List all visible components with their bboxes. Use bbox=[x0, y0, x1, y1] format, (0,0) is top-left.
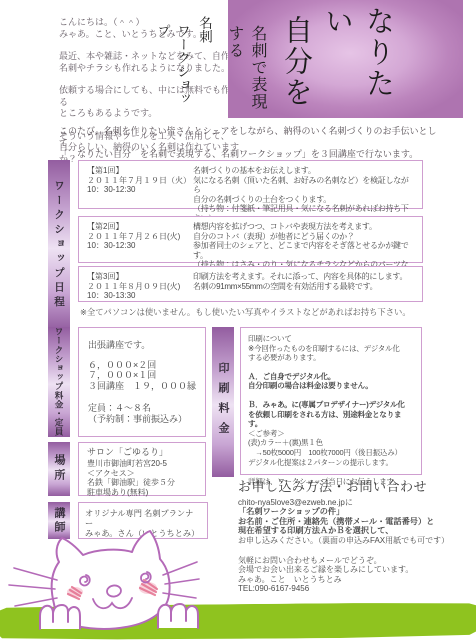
session-3-box: 【第3回】 ２０１１年８月０９日(火) 10：30-13:30 印刷方法を考えま… bbox=[78, 266, 423, 302]
session-2-description: 構想内容を拡げつつ、コトバや表現方法を考えます。 自分のコトバ（表現）が他者にど… bbox=[193, 222, 414, 257]
apply-instructions-extra: お申し込みください。（裏面の申込みFAX用紙でも可です） bbox=[238, 536, 474, 546]
session-1-datetime: 【第1回】 ２０１１年７月１９日（火） 10：30-12:30 bbox=[87, 166, 193, 203]
print-option-a: Ａ．ご自身でデジタル化。 自分印刷の場合は料金は要りません。 bbox=[248, 372, 414, 391]
fee-intro: 出張講座です。 bbox=[88, 340, 196, 351]
section-label-print: 印刷料金 bbox=[212, 327, 234, 477]
page-title-tag: 名刺 bbox=[194, 0, 214, 118]
apply-section: お申し込み方法・お問い合わせ chito-nya5love3@ezweb.ne.… bbox=[238, 482, 474, 594]
session-no: 【第1回】 bbox=[87, 166, 193, 176]
session-2-box: 【第2回】 ２０１１年７月２６日(火) 10：30-12:30 構想内容を拡げつ… bbox=[78, 216, 423, 263]
session-3-description: 印刷方法を考えます。それに添って、内容を具体的にします。 名刺の91mm×55m… bbox=[193, 272, 414, 296]
section-label-place: 場所 bbox=[48, 442, 70, 496]
session-time: 10：30-12:30 bbox=[87, 185, 193, 195]
cat-illustration bbox=[0, 518, 200, 640]
session-date: ２０１１年８月０９日(火) bbox=[87, 282, 193, 292]
fee-prices: ６，０００×２回 ７，０００×１回 ３回講座 １９，０００縁 bbox=[88, 360, 196, 392]
intro-paragraph: このたび、名刺を作りたい皆さんとシェアをしながら、納得のいく名刺づくりのお手伝い… bbox=[59, 126, 444, 161]
apply-footer: 気軽にお問い合わせもメールでどうぞ。 会場でお会い出来るご縁を楽しみにしています… bbox=[238, 556, 474, 585]
fee-capacity: 定員：４～８名 （予約制：事前振込み） bbox=[88, 403, 196, 424]
session-date: ２０１１年７月２６日(火) bbox=[87, 232, 193, 242]
venue-access: ＜アクセス＞ 名鉄「御油駅」徒歩５分 駐車場あり(無料) bbox=[87, 469, 197, 497]
apply-instructions: 「名刺ワークショップの件」 お名前・ご住所・連絡先（携帯メール・電話番号）と 現… bbox=[238, 507, 474, 536]
session-2-datetime: 【第2回】 ２０１１年７月２６日(火) 10：30-12:30 bbox=[87, 222, 193, 257]
flyer-page: こんにちは。（＾＾） みゃあ。こと、いとうちとみです。 最近、本や雑誌・ネットな… bbox=[0, 0, 476, 640]
schedule-note: ※全てパソコンは使いません。もし使いたい写真やイラストなどがあればお持ち下さい。 bbox=[80, 306, 411, 318]
fee-box: 出張講座です。 ６，０００×２回 ７，０００×１回 ３回講座 １９，０００縁 定… bbox=[78, 327, 206, 437]
session-time: 10：30-12:30 bbox=[87, 241, 193, 251]
session-3-datetime: 【第3回】 ２０１１年８月０９日(火) 10：30-13:30 bbox=[87, 272, 193, 296]
venue-address: 豊川市御油町若宮20-5 bbox=[87, 459, 197, 468]
print-head: 印刷について ※今回作ったものを印刷するには、デジタル化 する必要があります。 bbox=[248, 334, 414, 363]
session-time: 10：30-13:30 bbox=[87, 291, 193, 301]
title-banner: なりたい 自分を 名刺で表現する 名刺 ワークショップ bbox=[228, 0, 463, 118]
apply-tel: TEL:090-6167-9456 bbox=[238, 584, 474, 594]
session-1-box: 【第1回】 ２０１１年７月１９日（火） 10：30-12:30 名刺づくりの基本… bbox=[78, 160, 423, 209]
page-subtitle: 名刺で表現する bbox=[223, 0, 269, 118]
print-box: 印刷について ※今回作ったものを印刷するには、デジタル化 する必要があります。 … bbox=[240, 327, 422, 475]
apply-email: chito-nya5love3@ezweb.ne.jpに bbox=[238, 498, 474, 508]
venue-name: サロン「ごゆるり」 bbox=[87, 448, 197, 457]
apply-heading: お申し込み方法・お問い合わせ bbox=[238, 482, 474, 492]
page-title-line: 自分を bbox=[276, 0, 317, 118]
print-reference: ＜ご参考＞ (表)カラー＋(裏)黒１色 →50枚5000円 100枚7000円（… bbox=[248, 429, 414, 467]
section-label-fee: ワークショップ料金・定員 bbox=[48, 327, 70, 437]
session-no: 【第2回】 bbox=[87, 222, 193, 232]
place-box: サロン「ごゆるり」 豊川市御油町若宮20-5 ＜アクセス＞ 名鉄「御油駅」徒歩５… bbox=[78, 442, 206, 496]
session-1-description: 名刺づくりの基本をお伝えします。 気になる名刺（頂いた名刺、お好みの名刺など）を… bbox=[193, 166, 414, 203]
page-title-tag: ワークショップ bbox=[152, 0, 192, 118]
page-title-line: なりたい bbox=[317, 0, 399, 118]
session-no: 【第3回】 bbox=[87, 272, 193, 282]
print-option-b: Ｂ．みゃあ。に(専属プロデザイナー)デジタル化 を依頼し印刷をされる方は、別途料… bbox=[248, 400, 414, 429]
session-date: ２０１１年７月１９日（火） bbox=[87, 176, 193, 186]
section-label-schedule: ワークショップ日程 bbox=[48, 160, 70, 330]
